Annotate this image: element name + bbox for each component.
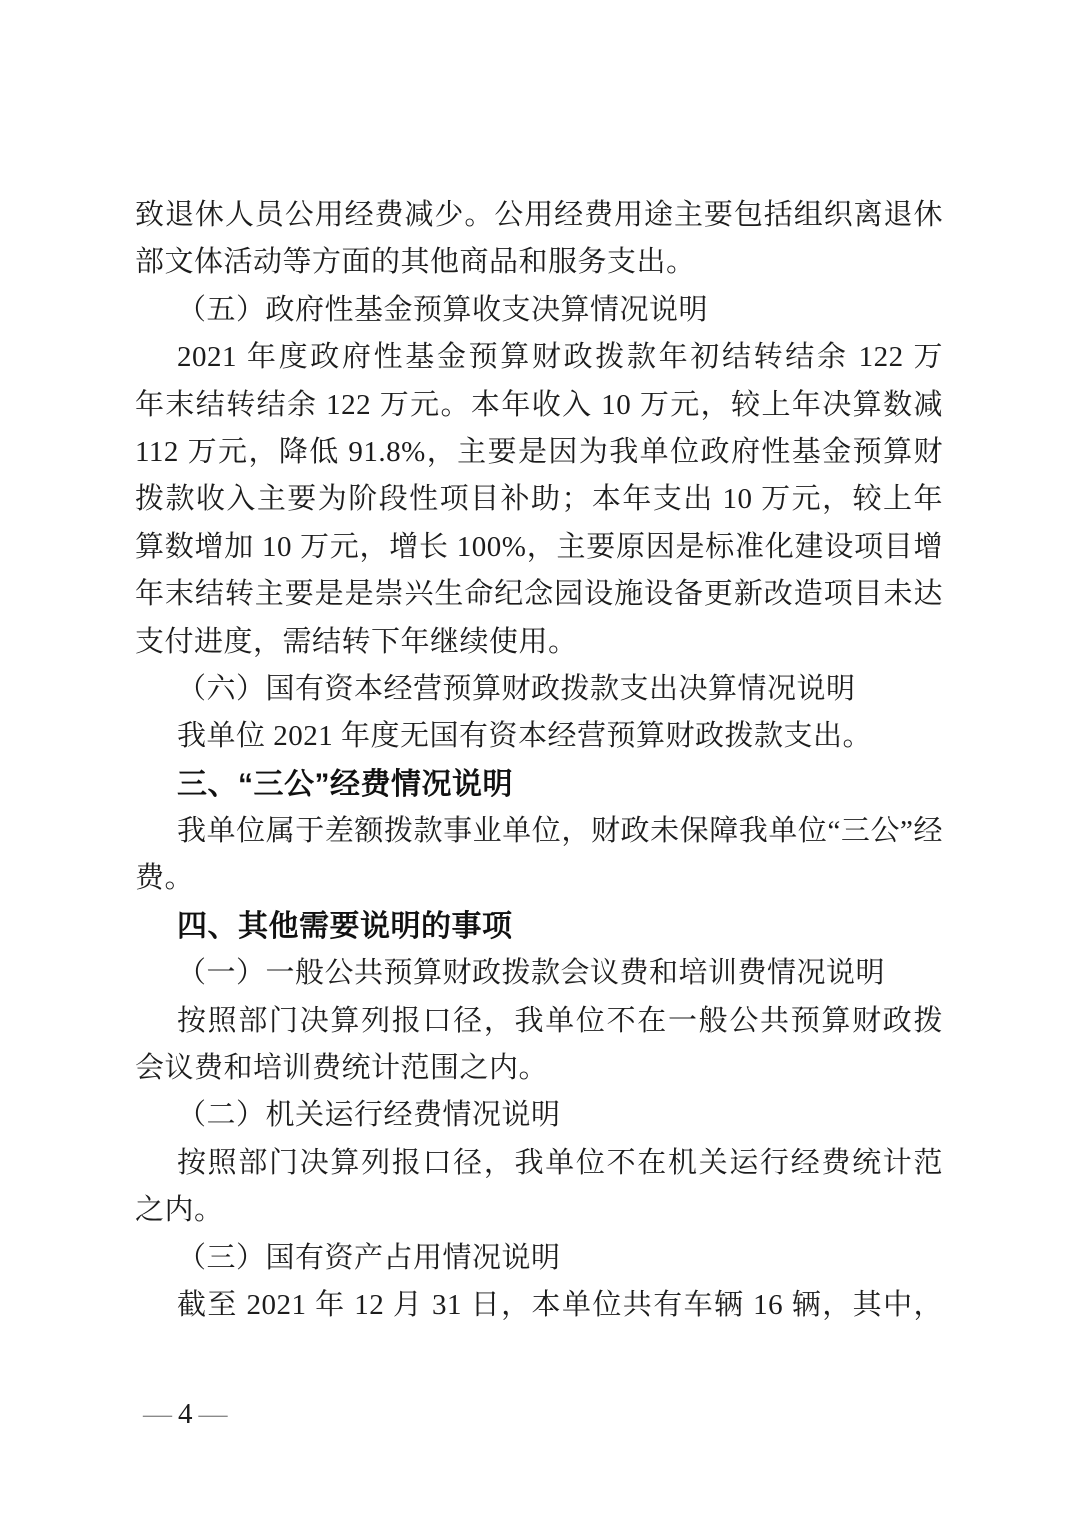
footer-dash-right: — [199,1398,228,1430]
page-footer: —4— [143,1396,228,1432]
heading-section-5: （五）政府性基金预算收支决算情况说明 [135,287,943,334]
document-body: 致退休人员公用经费减少。公用经费用途主要包括组织离退休干 部文体活动等方面的其他… [135,192,943,1329]
body-line: 支付进度，需结转下年继续使用。 [135,619,943,666]
body-line: 我单位属于差额拨款事业单位，财政未保障我单位“三公”经 [135,808,943,855]
body-line: 截至 2021 年 12 月 31 日，本单位共有车辆 16 辆，其中，副 [135,1282,943,1329]
body-line: 按照部门决算列报口径，我单位不在一般公共预算财政拨款 [135,998,943,1045]
body-line: 年末结转主要是是崇兴生命纪念园设施设备更新改造项目未达 [135,571,943,618]
body-line: 按照部门决算列报口径，我单位不在机关运行经费统计范围 [135,1140,943,1187]
heading-subsection-2: （二）机关运行经费情况说明 [135,1092,943,1139]
document-page: 致退休人员公用经费减少。公用经费用途主要包括组织离退休干 部文体活动等方面的其他… [0,0,1075,1520]
body-line: 2021 年度政府性基金预算财政拨款年初结转结余 122 万元， [135,334,943,381]
footer-dash-left: — [143,1398,172,1430]
heading-section-6: （六）国有资本经营预算财政拨款支出决算情况说明 [135,666,943,713]
heading-three-public-funds: 三、“三公”经费情况说明 [135,761,943,808]
body-line: 年末结转结余 122 万元。本年收入 10 万元，较上年决算数减少 [135,382,943,429]
body-line: 费。 [135,855,943,902]
body-line: 112 万元，降低 91.8%，主要是因为我单位政府性基金预算财政 [135,429,943,476]
body-line: 拨款收入主要为阶段性项目补助；本年支出 10 万元，较上年决 [135,476,943,523]
body-line: 之内。 [135,1187,943,1234]
body-line: 会议费和培训费统计范围之内。 [135,1045,943,1092]
heading-subsection-1: （一）一般公共预算财政拨款会议费和培训费情况说明 [135,950,943,997]
body-line: 致退休人员公用经费减少。公用经费用途主要包括组织离退休干 [135,192,943,239]
page-number: 4 [172,1398,199,1430]
body-line: 我单位 2021 年度无国有资本经营预算财政拨款支出。 [135,713,943,760]
heading-subsection-3: （三）国有资产占用情况说明 [135,1235,943,1282]
body-line: 算数增加 10 万元，增长 100%，主要原因是标准化建设项目增加。 [135,524,943,571]
body-line: 部文体活动等方面的其他商品和服务支出。 [135,239,943,286]
heading-other-items: 四、其他需要说明的事项 [135,903,943,950]
